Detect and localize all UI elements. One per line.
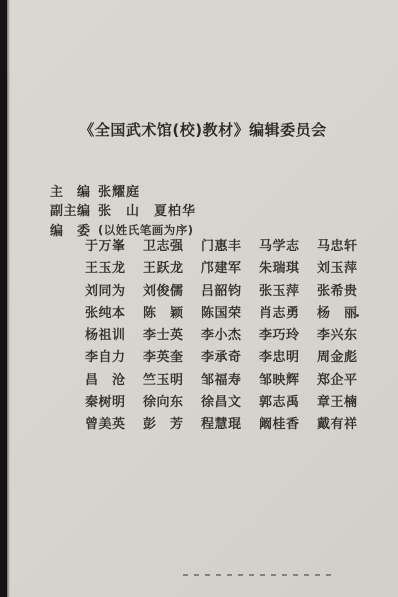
committee-member-name: 秦树明 xyxy=(85,396,143,418)
chief-editor-label: 主 编 xyxy=(50,181,90,200)
committee-member-name: 张玉萍 xyxy=(259,285,317,307)
committee-member-name: 王跃龙 xyxy=(143,262,201,284)
committee-member-name: 肖志勇 xyxy=(259,307,317,329)
chief-editor-name: 张耀庭 xyxy=(98,181,140,200)
committee-member-name: 阚桂香 xyxy=(259,418,317,440)
committee-member-name: 杨祖训 xyxy=(85,329,143,351)
committee-member-name: 彭 芳 xyxy=(143,418,201,440)
committee-member-name: 陈 颖 xyxy=(143,307,201,329)
committee-member-name: 李英奎 xyxy=(143,351,201,373)
committee-member-name: 邹映辉 xyxy=(259,374,317,396)
deputy-editor-row: 副主编 张 山 夏柏华 xyxy=(50,200,196,219)
committee-member-name: 于万峯 xyxy=(85,240,143,262)
committee-member-name: 李忠明 xyxy=(259,351,317,373)
committee-member-name: 朱瑞琪 xyxy=(259,262,317,284)
committee-member-name: 王玉龙 xyxy=(85,262,143,284)
committee-member-name: 马忠轩 xyxy=(317,240,375,262)
committee-member-name: 杨 丽 xyxy=(317,307,375,329)
scan-left-border xyxy=(0,0,7,597)
committee-member-name: 竺玉明 xyxy=(143,374,201,396)
committee-member-name: 郭志禹 xyxy=(259,396,317,418)
committee-member-name: 张纯本 xyxy=(85,307,143,329)
committee-member-name: 邝建军 xyxy=(201,262,259,284)
committee-member-name: 徐向东 xyxy=(143,396,201,418)
chief-editor-row: 主 编 张耀庭 xyxy=(50,181,196,200)
committee-member-name: 昌 沧 xyxy=(85,374,143,396)
editor-block: 主 编 张耀庭 副主编 张 山 夏柏华 编 委 (以姓氏笔画为序) xyxy=(50,181,196,239)
scan-speck xyxy=(356,314,359,317)
page-title: 《全国武术馆(校)教材》编辑委员会 xyxy=(8,119,398,140)
committee-member-name: 李自力 xyxy=(85,351,143,373)
committee-member-name: 刘同为 xyxy=(85,285,143,307)
committee-member-name: 李承奇 xyxy=(201,351,259,373)
committee-member-name: 吕韶钧 xyxy=(201,285,259,307)
committee-member-name: 程慧琨 xyxy=(201,418,259,440)
committee-member-name: 刘俊儒 xyxy=(143,285,201,307)
committee-member-name: 李小杰 xyxy=(201,329,259,351)
committee-grid: 于万峯卫志强门惠丰马学志马忠轩王玉龙王跃龙邝建军朱瑞琪刘玉萍刘同为刘俊儒吕韶钧张… xyxy=(85,240,375,441)
committee-member-name: 张希贵 xyxy=(317,285,375,307)
scan-artifact-dashes xyxy=(183,574,332,576)
committee-member-name: 马学志 xyxy=(259,240,317,262)
committee-member-name: 门惠丰 xyxy=(201,240,259,262)
committee-member-name: 曾美英 xyxy=(85,418,143,440)
committee-member-name: 李士英 xyxy=(143,329,201,351)
scanned-book-page: 《全国武术馆(校)教材》编辑委员会 主 编 张耀庭 副主编 张 山 夏柏华 编 … xyxy=(0,0,398,597)
committee-member-name: 郑企平 xyxy=(317,374,375,396)
deputy-editor-label: 副主编 xyxy=(50,200,90,219)
committee-sort-note: (以姓氏笔画为序) xyxy=(98,220,194,238)
committee-label: 编 委 xyxy=(50,220,90,239)
deputy-editor-names: 张 山 夏柏华 xyxy=(98,200,196,219)
committee-member-name: 徐昌文 xyxy=(201,396,259,418)
committee-member-name: 周金彪 xyxy=(317,351,375,373)
committee-member-name: 李巧玲 xyxy=(259,329,317,351)
committee-member-name: 邹福寿 xyxy=(201,374,259,396)
committee-member-name: 李兴东 xyxy=(317,329,375,351)
committee-member-name: 陈国荣 xyxy=(201,307,259,329)
committee-member-name: 章王楠 xyxy=(317,396,375,418)
committee-label-row: 编 委 (以姓氏笔画为序) xyxy=(50,220,196,239)
committee-member-name: 刘玉萍 xyxy=(317,262,375,284)
committee-member-name: 卫志强 xyxy=(143,240,201,262)
committee-member-name: 戴有祥 xyxy=(317,418,375,440)
